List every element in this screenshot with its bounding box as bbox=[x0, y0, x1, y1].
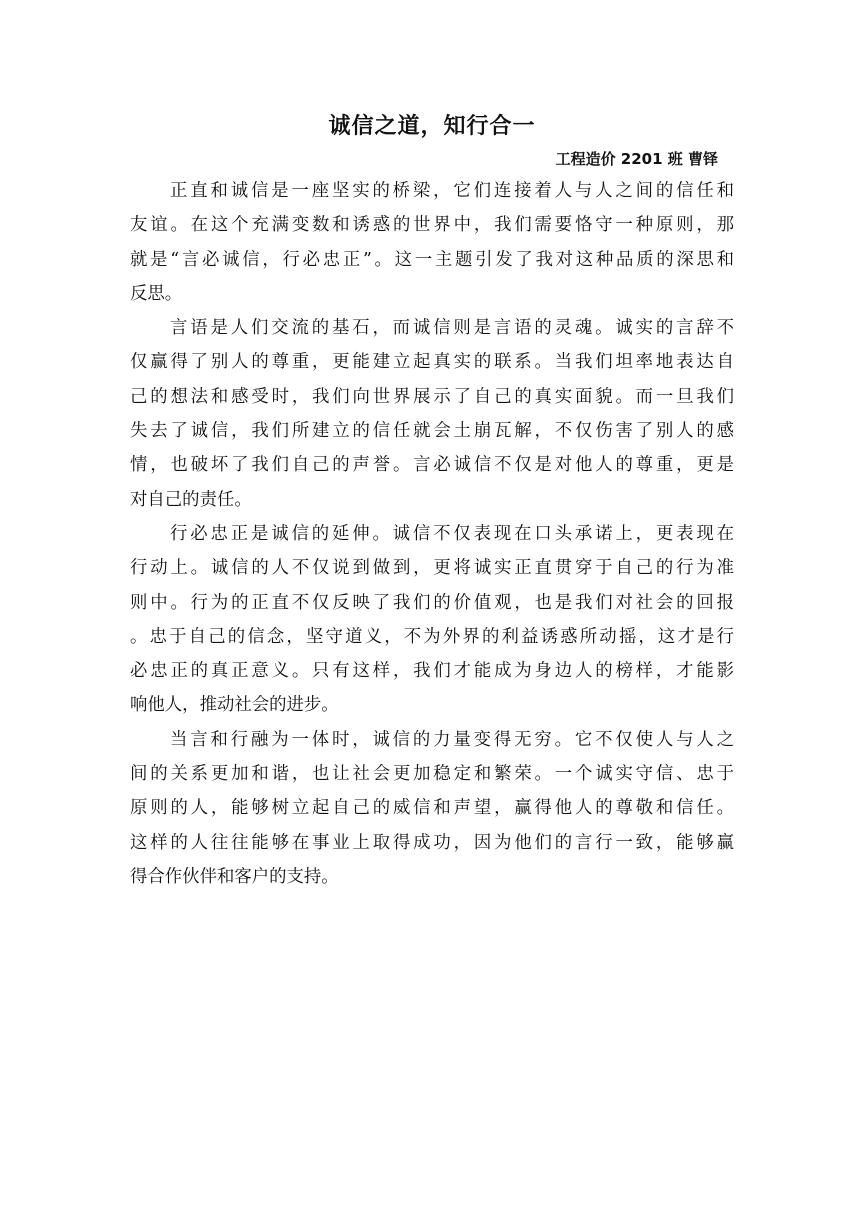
text-line: 言语是人们交流的基石，而诚信则是言语的灵魂。诚实的言辞不 bbox=[130, 311, 734, 345]
document-body: 正直和诚信是一座坚实的桥梁，它们连接着人与人之间的信任和 友谊。在这个充满变数和… bbox=[130, 174, 734, 894]
text-line: 间的关系更加和谐，也让社会更加稳定和繁荣。一个诚实守信、忠于 bbox=[130, 757, 734, 791]
text-line: 这样的人往往能够在事业上取得成功，因为他们的言行一致，能够赢 bbox=[130, 826, 734, 860]
paragraph-3: 行必忠正是诚信的延伸。诚信不仅表现在口头承诺上，更表现在 行动上。诚信的人不仅说… bbox=[130, 517, 734, 723]
text-line: 。忠于自己的信念，坚守道义，不为外界的利益诱惑所动摇，这才是行 bbox=[130, 620, 734, 654]
text-line: 对自己的责任。 bbox=[130, 483, 734, 517]
text-line: 情，也破坏了我们自己的声誉。言必诚信不仅是对他人的尊重，更是 bbox=[130, 448, 734, 482]
text-line: 己的想法和感受时，我们向世界展示了自己的真实面貌。而一旦我们 bbox=[130, 380, 734, 414]
document-title: 诚信之道，知行合一 bbox=[0, 110, 864, 144]
text-line: 失去了诚信，我们所建立的信任就会土崩瓦解，不仅伤害了别人的感 bbox=[130, 414, 734, 448]
text-line: 反思。 bbox=[130, 277, 734, 311]
text-line: 必忠正的真正意义。只有这样，我们才能成为身边人的榜样，才能影 bbox=[130, 654, 734, 688]
paragraph-4: 当言和行融为一体时，诚信的力量变得无穷。它不仅使人与人之 间的关系更加和谐，也让… bbox=[130, 723, 734, 894]
text-line: 得合作伙伴和客户的支持。 bbox=[130, 860, 734, 894]
text-line: 行必忠正是诚信的延伸。诚信不仅表现在口头承诺上，更表现在 bbox=[130, 517, 734, 551]
text-line: 仅赢得了别人的尊重，更能建立起真实的联系。当我们坦率地表达自 bbox=[130, 345, 734, 379]
text-line: 就是“言必诚信，行必忠正”。这一主题引发了我对这种品质的深思和 bbox=[130, 243, 734, 277]
author-byline: 工程造价 2201 班 曹铎 bbox=[0, 148, 718, 170]
text-line: 友谊。在这个充满变数和诱惑的世界中，我们需要恪守一种原则，那 bbox=[130, 208, 734, 242]
text-line: 原则的人，能够树立起自己的威信和声望，赢得他人的尊敬和信任。 bbox=[130, 791, 734, 825]
document-page: 诚信之道，知行合一 工程造价 2201 班 曹铎 正直和诚信是一座坚实的桥梁，它… bbox=[0, 0, 864, 1222]
text-line: 正直和诚信是一座坚实的桥梁，它们连接着人与人之间的信任和 bbox=[130, 174, 734, 208]
paragraph-2: 言语是人们交流的基石，而诚信则是言语的灵魂。诚实的言辞不 仅赢得了别人的尊重，更… bbox=[130, 311, 734, 517]
text-line: 行动上。诚信的人不仅说到做到，更将诚实正直贯穿于自己的行为准 bbox=[130, 551, 734, 585]
paragraph-1: 正直和诚信是一座坚实的桥梁，它们连接着人与人之间的信任和 友谊。在这个充满变数和… bbox=[130, 174, 734, 311]
text-line: 则中。行为的正直不仅反映了我们的价值观，也是我们对社会的回报 bbox=[130, 586, 734, 620]
text-line: 响他人，推动社会的进步。 bbox=[130, 688, 734, 722]
text-line: 当言和行融为一体时，诚信的力量变得无穷。它不仅使人与人之 bbox=[130, 723, 734, 757]
